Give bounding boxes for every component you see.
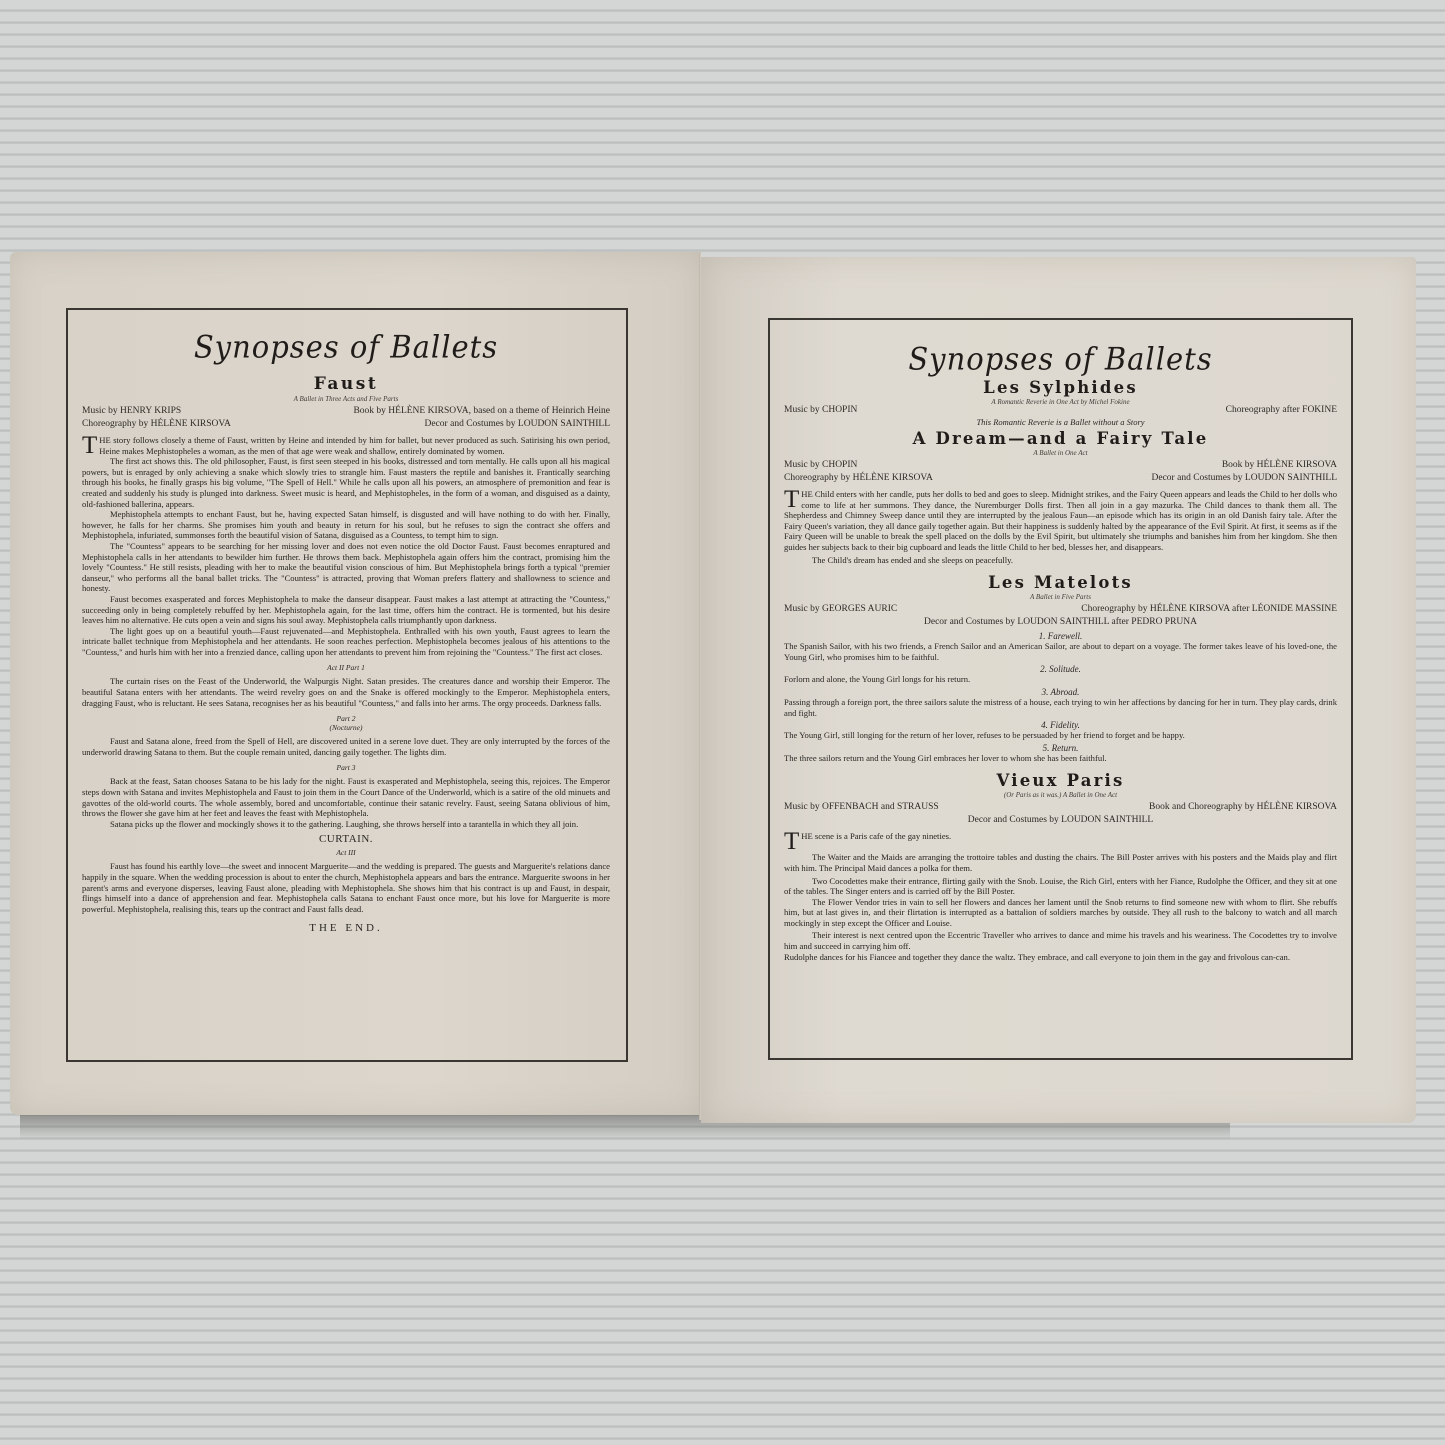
page-heading: Synopses of Ballets (784, 341, 1337, 377)
credit-decor: Decor and Costumes by LOUDON SAINTHILL (425, 418, 610, 431)
paragraph: The curtain rises on the Feast of the Un… (82, 676, 610, 708)
scene-heading: 4. Fidelity. (784, 720, 1337, 730)
ballet-title-les-sylphides: Les Sylphides (784, 378, 1337, 397)
credits-row: Choreography by HÉLÈNE KIRSOVA Decor and… (82, 418, 610, 431)
scene-text: The three sailors return and the Young G… (784, 753, 1337, 764)
scene-text: The Spanish Sailor, with his two friends… (784, 641, 1337, 662)
right-page: Synopses of Ballets Les Sylphides A Roma… (701, 257, 1416, 1123)
section-heading: Part 3 (82, 763, 610, 772)
ballet-title-faust: Faust (82, 374, 610, 394)
paragraph: The Child's dream has ended and she slee… (784, 555, 1337, 566)
scene-text: Forlorn and alone, the Young Girl longs … (784, 674, 1337, 685)
curtain-label: CURTAIN. (82, 833, 610, 845)
paragraph: Mephistophela attempts to enchant Faust,… (82, 509, 610, 541)
credits-row: Music by GEORGES AURIC Choreography by H… (784, 603, 1337, 616)
faust-act1-text: THE story follows closely a theme of Fau… (82, 435, 610, 657)
ballet-subtitle: A Ballet in Five Parts (784, 593, 1337, 601)
paragraph: Faust has found his earthly love—the swe… (82, 861, 610, 914)
credits-row: Music by CHOPIN Book by HÉLÈNE KIRSOVA (784, 459, 1337, 472)
credit-choreography: Choreography by HÉLÈNE KIRSOVA (82, 418, 231, 431)
paragraph: Faust and Satana alone, freed from the S… (82, 736, 610, 757)
paragraph: Satana picks up the flower and mockingly… (82, 819, 610, 830)
drop-cap: T (82, 436, 97, 456)
ballet-subtitle: A Ballet in Three Acts and Five Parts (82, 395, 610, 403)
scene-text: Passing through a foreign port, the thre… (784, 697, 1337, 718)
ballet-title-les-matelots: Les Matelots (784, 573, 1337, 592)
paragraph: Rudolphe dances for his Fiancee and toge… (784, 952, 1337, 963)
credit-music: Music by CHOPIN (784, 459, 857, 472)
drop-cap: T (784, 832, 799, 852)
paragraph: The "Countess" appears to be searching f… (82, 541, 610, 594)
credit-book: Book and Choreography by HÉLÈNE KIRSOVA (1149, 801, 1337, 814)
paragraph: THE Child enters with her candle, puts h… (784, 489, 1337, 553)
left-page-frame: Synopses of Ballets Faust A Ballet in Th… (66, 308, 628, 1062)
credit-music: Music by GEORGES AURIC (784, 603, 897, 616)
credit-decor: Decor and Costumes by LOUDON SAINTHILL a… (924, 616, 1197, 629)
credit-choreography: Choreography by HÉLÈNE KIRSOVA after LÉO… (1081, 603, 1337, 616)
ballet-title-vieux-paris: Vieux Paris (784, 771, 1337, 790)
paragraph: THE scene is a Paris cafe of the gay nin… (784, 831, 1337, 842)
matelots-scenes: 1. Farewell. The Spanish Sailor, with hi… (784, 631, 1337, 763)
page-heading: Synopses of Ballets (82, 329, 610, 365)
paragraph: The light goes up on a beautiful youth—F… (82, 626, 610, 658)
ballet-subtitle: A Ballet in One Act (784, 449, 1337, 457)
credits-row: Music by HENRY KRIPS Book by HÉLÈNE KIRS… (82, 405, 610, 418)
left-page: Synopses of Ballets Faust A Ballet in Th… (10, 252, 701, 1115)
paragraph: The Waiter and the Maids are arranging t… (784, 852, 1337, 873)
ballet-title-dream: A Dream—and a Fairy Tale (784, 429, 1337, 448)
credits-row: Choreography by HÉLÈNE KIRSOVA Decor and… (784, 472, 1337, 485)
credit-choreography: Choreography after FOKINE (1226, 404, 1337, 417)
right-page-frame: Synopses of Ballets Les Sylphides A Roma… (768, 318, 1353, 1060)
paragraph: Faust becomes exasperated and forces Mep… (82, 594, 610, 626)
section-heading: Part 2 (82, 714, 610, 723)
credit-decor: Decor and Costumes by LOUDON SAINTHILL (968, 814, 1153, 827)
credit-music: Music by CHOPIN (784, 404, 857, 417)
scene-heading: 5. Return. (784, 743, 1337, 753)
section-subheading: (Nocturne) (82, 723, 610, 732)
credit-music: Music by OFFENBACH and STRAUSS (784, 801, 939, 814)
credit-book: Book by HÉLÈNE KIRSOVA (1222, 459, 1337, 472)
scene-heading: 3. Abroad. (784, 687, 1337, 697)
section-heading: Act II Part 1 (82, 663, 610, 672)
ballet-note: This Romantic Reverie is a Ballet withou… (784, 417, 1337, 427)
the-end-label: THE END. (82, 922, 610, 934)
credits-row: Music by OFFENBACH and STRAUSS Book and … (784, 801, 1337, 814)
credit-book: Book by HÉLÈNE KIRSOVA, based on a theme… (353, 405, 610, 418)
paragraph: THE story follows closely a theme of Fau… (82, 435, 610, 456)
ballet-subtitle: (Or Paris as it was.) A Ballet in One Ac… (784, 791, 1337, 799)
drop-cap: T (784, 490, 799, 510)
credit-music: Music by HENRY KRIPS (82, 405, 181, 418)
scene-heading: 1. Farewell. (784, 631, 1337, 641)
paragraph: Their interest is next centred upon the … (784, 930, 1337, 951)
paragraph: The first act shows this. The old philos… (82, 456, 610, 509)
paragraph: Two Cocodettes make their entrance, flir… (784, 876, 1337, 897)
credit-decor: Decor and Costumes by LOUDON SAINTHILL (1152, 472, 1337, 485)
credits-row: Decor and Costumes by LOUDON SAINTHILL (784, 814, 1337, 827)
paragraph: Back at the feast, Satan chooses Satana … (82, 776, 610, 818)
scene-heading: 2. Solitude. (784, 664, 1337, 674)
scene-text: The Young Girl, still longing for the re… (784, 730, 1337, 741)
credits-row: Decor and Costumes by LOUDON SAINTHILL a… (784, 616, 1337, 629)
credit-choreography: Choreography by HÉLÈNE KIRSOVA (784, 472, 933, 485)
paragraph: The Flower Vendor tries in vain to sell … (784, 897, 1337, 929)
section-heading: Act III (82, 848, 610, 857)
